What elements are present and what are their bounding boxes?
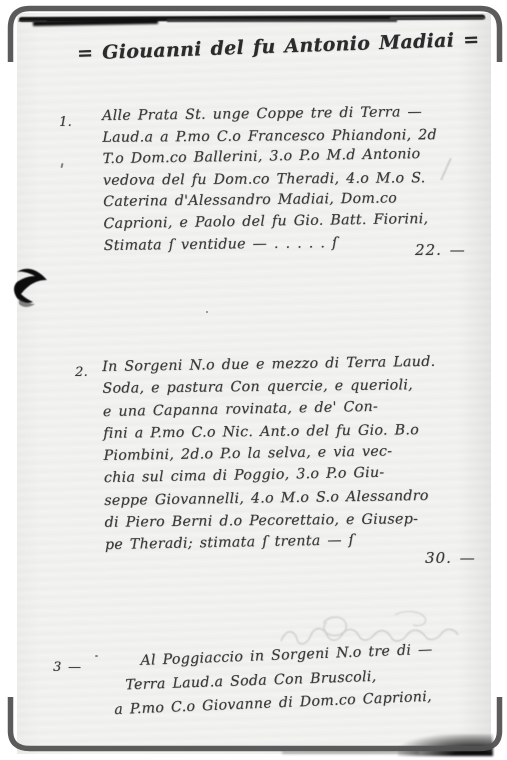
scanned-page: = Giouanni del fu Antonio Madiai = 1. Al… <box>17 13 491 754</box>
manuscript-line: fini a P.mo C.o Nic. Ant.o del fu Gio. B… <box>103 419 441 445</box>
screenshot-stage: = Giouanni del fu Antonio Madiai = 1. Al… <box>0 0 507 760</box>
entry-2-amount: 30. — <box>425 549 476 567</box>
manuscript-line: T.o Dom.co Ballerini, 3.o P.o M.d Antoni… <box>102 144 434 171</box>
ink-blot <box>11 258 59 316</box>
page-corner-shadow <box>398 734 493 756</box>
entry-1-text: Alle Prata St. unge Coppe tre di Terra —… <box>102 102 436 257</box>
manuscript-line: pe Theradi; stimata ſ trenta — ſ <box>105 528 443 557</box>
entry-2-text: In Sorgeni N.o due e mezzo di Terra Laud… <box>102 351 443 557</box>
manuscript-line: vedova del fu Dom.co Theradi, 4.o M.o S. <box>103 168 435 192</box>
entry-3-number: 3 — <box>53 660 81 675</box>
ink-speck <box>95 655 98 657</box>
page-title: = Giouanni del fu Antonio Madiai = <box>77 31 400 64</box>
bleed-through-ink <box>275 601 490 657</box>
manuscript-line: Stimata ſ ventidue — . . . . . ſ <box>104 231 436 257</box>
entry-3-margin-dash: — <box>17 13 507 29</box>
entry-1-amount: 22. — <box>415 241 466 259</box>
entry-1-number: 1. <box>59 115 72 130</box>
scratch-mark <box>440 158 451 181</box>
ink-speck <box>206 311 208 313</box>
entry-2-number: 2. <box>75 365 88 380</box>
ink-speck <box>60 163 63 168</box>
manuscript-line: Alle Prata St. unge Coppe tre di Terra — <box>102 102 434 128</box>
